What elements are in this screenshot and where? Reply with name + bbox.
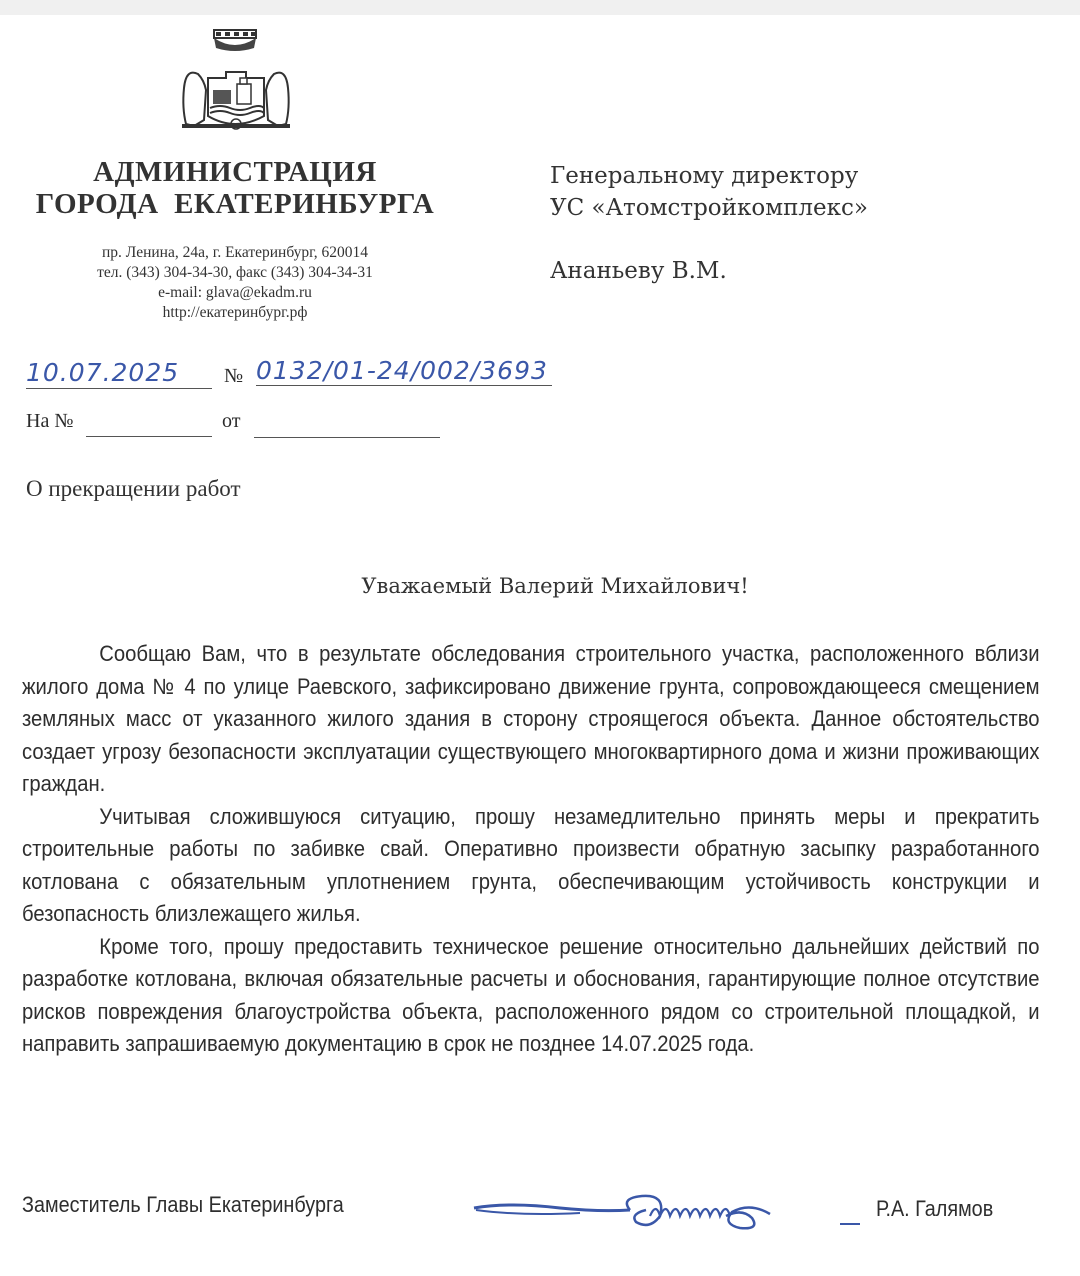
number-label: № xyxy=(224,365,243,388)
outgoing-date: 10.07.2025 xyxy=(26,358,212,389)
from-label: от xyxy=(222,410,240,433)
reply-to-number-line xyxy=(86,436,212,437)
handwritten-signature-icon xyxy=(470,1186,880,1236)
org-title-line2: ГОРОДА ЕКАТЕРИНБУРГА xyxy=(20,188,450,220)
outgoing-number: 0132/01-24/002/3693 xyxy=(256,356,442,386)
addressee-block: Генеральному директору УС «Атомстройкомп… xyxy=(550,160,868,287)
org-phone-fax: тел. (343) 304-34-30, факс (343) 304-34-… xyxy=(40,263,430,283)
organization-title: АДМИНИСТРАЦИЯ ГОРОДА ЕКАТЕРИНБУРГА xyxy=(20,156,450,220)
addressee-position: Генеральному директору xyxy=(550,160,868,192)
outgoing-number-value: 0132/01-24/002/3693 xyxy=(256,356,552,386)
org-title-line1: АДМИНИСТРАЦИЯ xyxy=(20,156,450,188)
body-paragraph-3: Кроме того, прошу предоставить техническ… xyxy=(22,931,1040,1061)
addressee-name: Ананьеву В.М. xyxy=(550,255,868,287)
salutation: Уважаемый Валерий Михайлович! xyxy=(0,574,1080,598)
org-address: пр. Ленина, 24а, г. Екатеринбург, 620014 xyxy=(40,243,430,263)
letter-body: Сообщаю Вам, что в результате обследован… xyxy=(22,638,1040,1061)
signer-name: Р.А. Галямов xyxy=(876,1196,993,1222)
from-date-line xyxy=(254,437,440,438)
org-contacts: пр. Ленина, 24а, г. Екатеринбург, 620014… xyxy=(40,243,430,323)
coat-of-arms-icon xyxy=(180,28,292,132)
body-paragraph-1: Сообщаю Вам, что в результате обследован… xyxy=(22,638,1040,801)
body-paragraph-2: Учитывая сложившуюся ситуацию, прошу нез… xyxy=(22,801,1040,931)
addressee-organization: УС «Атомстройкомплекс» xyxy=(550,192,868,224)
reply-to-label: На № xyxy=(26,410,73,433)
top-bar xyxy=(0,0,1080,15)
org-email: e-mail: glava@ekadm.ru xyxy=(40,283,430,303)
org-website: http://екатеринбург.рф xyxy=(40,303,430,323)
letter-subject: О прекращении работ xyxy=(26,476,241,502)
signer-title: Заместитель Главы Екатеринбурга xyxy=(22,1192,344,1218)
